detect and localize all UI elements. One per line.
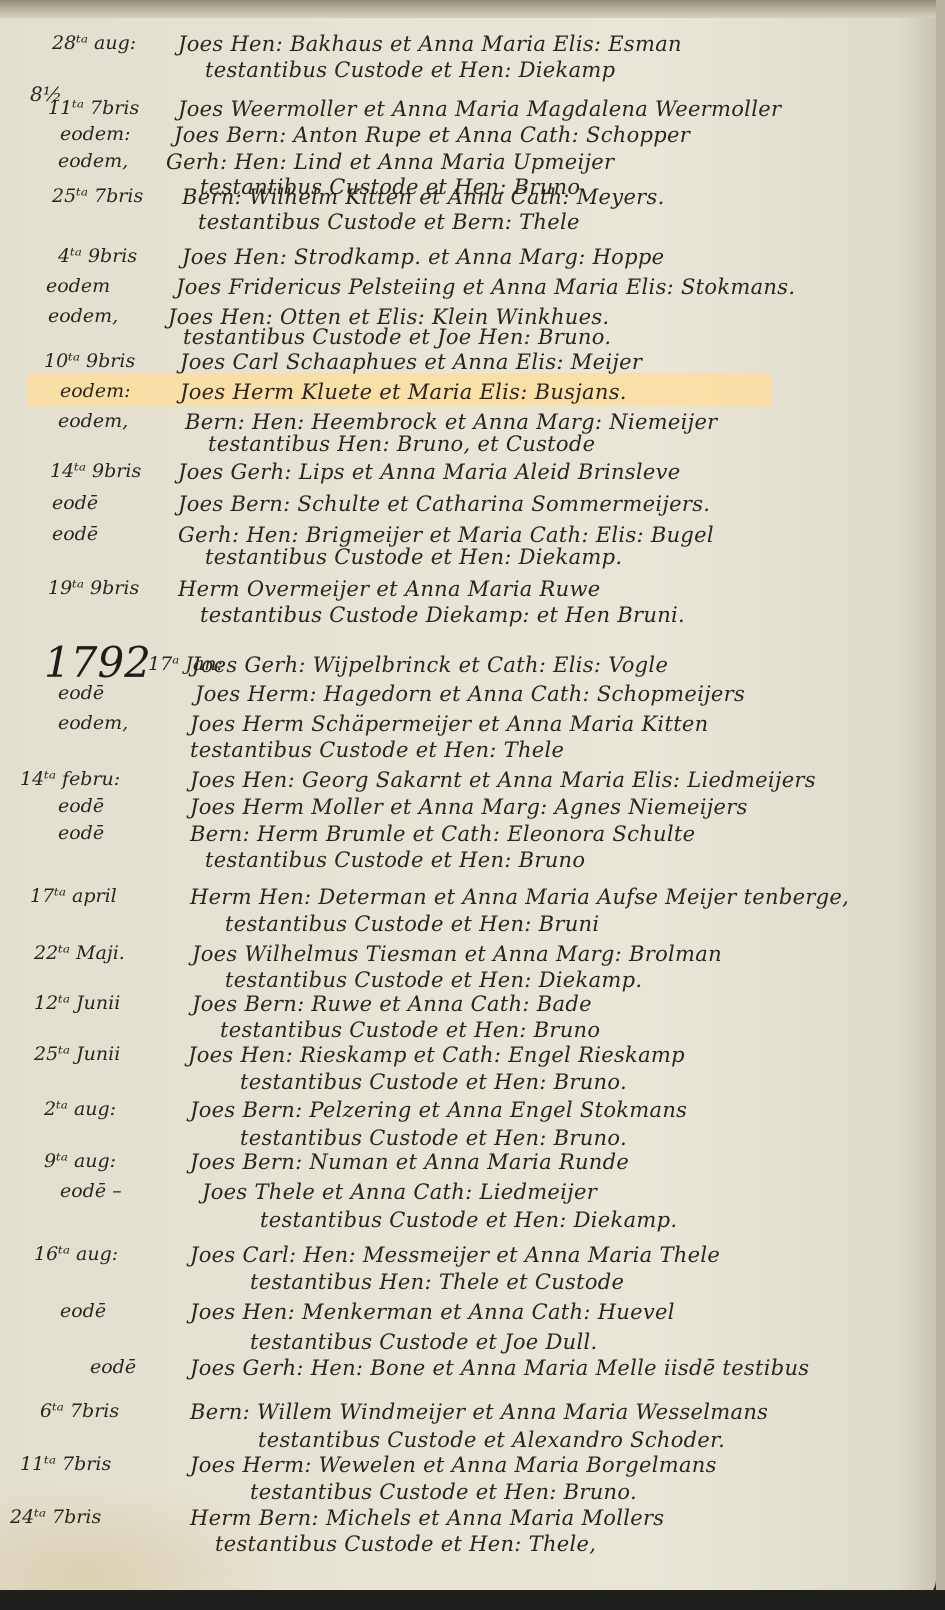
entry-text: Gerh: Hen: Brigmeijer et Maria Cath: Eli…: [178, 523, 714, 547]
entry-witness: testantibus Custode et Hen: Diekamp.: [205, 545, 622, 569]
entry-witness: testantibus Custode et Hen: Bruno: [205, 848, 585, 872]
entry-text: Joes Fridericus Pelsteiing et Anna Maria…: [176, 275, 795, 299]
entry-text: Herm Bern: Michels et Anna Maria Mollers: [190, 1506, 664, 1530]
page-right-fold: [936, 0, 945, 1610]
entry-date: 25ᵗᵃ Junii: [34, 1043, 120, 1065]
entry-date: eodē: [58, 795, 104, 817]
entry-text: Joes Wilhelmus Tiesman et Anna Marg: Bro…: [192, 942, 722, 966]
entry-text: Joes Bern: Schulte et Catharina Sommerme…: [178, 492, 710, 516]
entry-date: eodem,: [58, 410, 128, 432]
entry-date: eodē –: [60, 1180, 122, 1202]
entry-witness: testantibus Custode et Hen: Bruno.: [240, 1126, 627, 1150]
entry-date: eodē: [52, 492, 98, 514]
entry-witness: testantibus Hen: Bruno, et Custode: [208, 432, 595, 456]
entry-date: eodē: [58, 822, 104, 844]
entry-date: 9ᵗᵃ aug:: [44, 1150, 116, 1172]
entry-text: Bern: Willem Windmeijer et Anna Maria We…: [190, 1400, 768, 1424]
entry-text: Bern: Wilhelm Kitten et Anna Cath: Meyer…: [182, 185, 665, 209]
entry-text: Joes Hen: Rieskamp et Cath: Engel Rieska…: [188, 1043, 685, 1067]
entry-date: eodē: [90, 1356, 136, 1378]
entry-date: eodem,: [48, 305, 118, 327]
entry-date: eodem:: [60, 380, 131, 402]
highlighted-entry-text: Joes Herm Kluete et Maria Elis: Busjans.: [180, 380, 627, 404]
entry-witness: testantibus Hen: Thele et Custode: [250, 1270, 624, 1294]
entry-date: 28ᵗᵃ aug:: [52, 32, 136, 54]
entry-text: Joes Hen: Strodkamp. et Anna Marg: Hoppe: [182, 245, 664, 269]
entry-date: 4ᵗᵃ 9bris: [58, 245, 137, 267]
entry-witness: testantibus Custode Diekamp: et Hen Brun…: [200, 603, 685, 627]
entry-date: 10ᵗᵃ 9bris: [44, 350, 135, 372]
entry-text: Joes Hen: Georg Sakarnt et Anna Maria El…: [190, 768, 816, 792]
entry-text: Joes Bern: Pelzering et Anna Engel Stokm…: [190, 1098, 687, 1122]
entry-date: 14ᵗᵃ febru:: [20, 768, 120, 790]
entry-date: 16ᵗᵃ aug:: [34, 1243, 118, 1265]
entry-date: 6ᵗᵃ 7bris: [40, 1400, 119, 1422]
entry-witness: testantibus Custode et Joe Hen: Bruno.: [183, 325, 611, 349]
entry-date: 24ᵗᵃ 7bris: [10, 1506, 101, 1528]
entry-text: Joes Bern: Ruwe et Anna Cath: Bade: [192, 992, 592, 1016]
entry-text: Herm Hen: Determan et Anna Maria Aufse M…: [190, 885, 849, 909]
entry-witness: testantibus Custode et Bern: Thele: [198, 210, 580, 234]
entry-date: 19ᵗᵃ 9bris: [48, 577, 139, 599]
entry-witness: testantibus Custode et Joe Dull.: [250, 1330, 597, 1354]
entry-text: Joes Gerh: Wijpelbrinck et Cath: Elis: V…: [192, 653, 668, 677]
entry-text: Joes Herm Schäpermeijer et Anna Maria Ki…: [190, 712, 708, 736]
entry-witness: testantibus Custode et Hen: Bruno.: [240, 1070, 627, 1094]
entry-date: eodem,: [58, 150, 128, 172]
entry-text: Joes Bern: Anton Rupe et Anna Cath: Scho…: [174, 123, 690, 147]
entry-date: 2ᵗᵃ aug:: [44, 1098, 116, 1120]
entry-witness: testantibus Custode et Hen: Bruno: [220, 1018, 600, 1042]
entry-text: Herm Overmeijer et Anna Maria Ruwe: [178, 577, 601, 601]
entry-date: 17ᵗᵃ april: [30, 885, 117, 907]
entry-witness: testantibus Custode et Hen: Bruni: [225, 912, 599, 936]
entry-date: eodem,: [58, 712, 128, 734]
entry-date: 11ᵗᵃ 7bris: [20, 1453, 111, 1475]
entry-date: eodem:: [60, 123, 131, 145]
entry-date: 25ᵗᵃ 7bris: [52, 185, 143, 207]
entry-text: Joes Thele et Anna Cath: Liedmeijer: [202, 1180, 597, 1204]
entry-witness: testantibus Custode et Alexandro Schoder…: [258, 1428, 725, 1452]
entry-text: Joes Hen: Bakhaus et Anna Maria Elis: Es…: [178, 32, 682, 56]
entry-text: Joes Bern: Numan et Anna Maria Runde: [190, 1150, 629, 1174]
year-marker: 1792: [44, 638, 151, 687]
entry-date: 14ᵗᵃ 9bris: [50, 460, 141, 482]
entry-witness: testantibus Custode et Hen: Diekamp: [205, 58, 615, 82]
entry-text: Joes Herm: Wewelen et Anna Maria Borgelm…: [190, 1453, 717, 1477]
entry-witness: testantibus Custode et Hen: Thele: [190, 738, 564, 762]
scan-background: [0, 1590, 945, 1610]
entry-text: Joes Weermoller et Anna Maria Magdalena …: [178, 97, 781, 121]
entry-date: eodē: [60, 1300, 106, 1322]
entry-text: Joes Herm Moller et Anna Marg: Agnes Nie…: [190, 795, 748, 819]
entry-witness: testantibus Custode et Hen: Thele,: [215, 1532, 596, 1556]
entry-date: eodē: [52, 523, 98, 545]
entry-text: Gerh: Hen: Lind et Anna Maria Upmeijer: [166, 150, 614, 174]
entry-text: Bern: Herm Brumle et Cath: Eleonora Schu…: [190, 822, 695, 846]
entry-date: eodē: [58, 682, 104, 704]
entry-witness: testantibus Custode et Hen: Bruno.: [250, 1480, 637, 1504]
entry-text: Bern: Hen: Heembrock et Anna Marg: Nieme…: [185, 410, 718, 434]
entry-text: Joes Hen: Menkerman et Anna Cath: Huevel: [190, 1300, 675, 1324]
entry-text: Joes Carl: Hen: Messmeijer et Anna Maria…: [190, 1243, 720, 1267]
entry-date: 11ᵗᵃ 7bris: [48, 97, 139, 119]
entry-witness: testantibus Custode et Hen: Diekamp.: [225, 968, 642, 992]
entry-text: Joes Gerh: Hen: Bone et Anna Maria Melle…: [190, 1356, 809, 1380]
entry-text: Joes Herm: Hagedorn et Anna Cath: Schopm…: [195, 682, 745, 706]
entry-date: eodem: [46, 275, 110, 297]
entry-text: Joes Carl Schaaphues et Anna Elis: Meije…: [180, 350, 642, 374]
entry-text: Joes Gerh: Lips et Anna Maria Aleid Brin…: [178, 460, 681, 484]
entry-date: 12ᵗᵃ Junii: [34, 992, 120, 1014]
entry-witness: testantibus Custode et Hen: Diekamp.: [260, 1208, 677, 1232]
entry-date: 22ᵗᵃ Maji.: [34, 942, 125, 964]
